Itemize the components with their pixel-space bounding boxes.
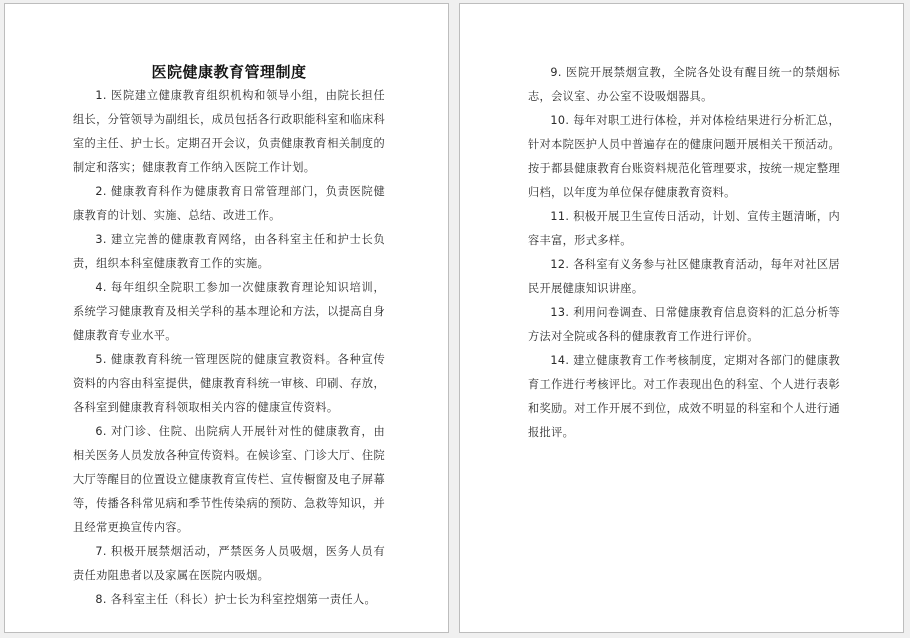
paragraph-7: 7. 积极开展禁烟活动，严禁医务人员吸烟，医务人员有责任劝阻患者以及家属在医院内… <box>73 540 385 588</box>
document-viewer: 医院健康教育管理制度 1. 医院建立健康教育组织机构和领导小组，由院长担任组长，… <box>0 0 910 638</box>
document-title: 医院健康教育管理制度 <box>73 60 385 84</box>
page-1-content: 医院健康教育管理制度 1. 医院建立健康教育组织机构和领导小组，由院长担任组长，… <box>73 60 385 612</box>
paragraph-8: 8. 各科室主任（科长）护士长为科室控烟第一责任人。 <box>73 588 385 612</box>
paragraph-5: 5. 健康教育科统一管理医院的健康宣教资料。各种宣传资料的内容由科室提供，健康教… <box>73 348 385 420</box>
page-2-content: 9. 医院开展禁烟宣教，全院各处设有醒目统一的禁烟标志，会议室、办公室不设吸烟器… <box>528 61 840 445</box>
paragraph-2: 2. 健康教育科作为健康教育日常管理部门，负责医院健康教育的计划、实施、总结、改… <box>73 180 385 228</box>
paragraph-13: 13. 利用问卷调查、日常健康教育信息资料的汇总分析等方法对全院或各科的健康教育… <box>528 301 840 349</box>
paragraph-12: 12. 各科室有义务参与社区健康教育活动，每年对社区居民开展健康知识讲座。 <box>528 253 840 301</box>
paragraph-11: 11. 积极开展卫生宣传日活动，计划、宣传主题清晰，内容丰富，形式多样。 <box>528 205 840 253</box>
paragraph-4: 4. 每年组织全院职工参加一次健康教育理论知识培训，系统学习健康教育及相关学科的… <box>73 276 385 348</box>
paragraph-3: 3. 建立完善的健康教育网络，由各科室主任和护士长负责，组织本科室健康教育工作的… <box>73 228 385 276</box>
page-2: 9. 医院开展禁烟宣教，全院各处设有醒目统一的禁烟标志，会议室、办公室不设吸烟器… <box>459 3 904 633</box>
page-1: 医院健康教育管理制度 1. 医院建立健康教育组织机构和领导小组，由院长担任组长，… <box>4 3 449 633</box>
paragraph-14: 14. 建立健康教育工作考核制度，定期对各部门的健康教育工作进行考核评比。对工作… <box>528 349 840 445</box>
paragraph-10: 10. 每年对职工进行体检，并对体检结果进行分析汇总，针对本院医护人员中普遍存在… <box>528 109 840 205</box>
paragraph-9: 9. 医院开展禁烟宣教，全院各处设有醒目统一的禁烟标志，会议室、办公室不设吸烟器… <box>528 61 840 109</box>
paragraph-6: 6. 对门诊、住院、出院病人开展针对性的健康教育，由相关医务人员发放各种宣传资料… <box>73 420 385 540</box>
paragraph-1: 1. 医院建立健康教育组织机构和领导小组，由院长担任组长，分管领导为副组长，成员… <box>73 84 385 180</box>
